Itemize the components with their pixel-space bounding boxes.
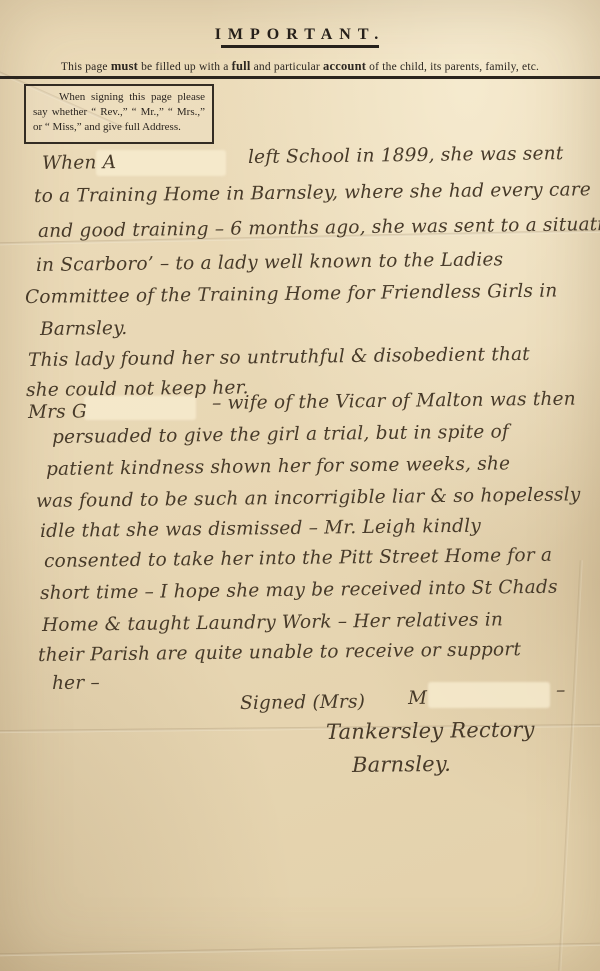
- instruction-part: be filled up with a: [138, 61, 232, 73]
- instruction-part: This page: [61, 61, 111, 73]
- title-underline: [221, 45, 379, 48]
- horizontal-rule: [0, 76, 600, 79]
- signing-note-box: When signing this page please say whethe…: [24, 84, 214, 144]
- manuscript-line: This lady found her so untruthful & diso…: [28, 344, 530, 371]
- crease-right-edge: [558, 560, 583, 971]
- manuscript-line: Barnsley.: [40, 318, 128, 340]
- manuscript-line: to a Training Home in Barnsley, where sh…: [34, 179, 591, 207]
- instruction-bold-must: must: [111, 59, 138, 73]
- manuscript-line: When A: [42, 152, 116, 174]
- instruction-line: This page must be filled up with a full …: [0, 59, 600, 74]
- signature-initial: M: [408, 688, 427, 709]
- signature-address-line: Tankersley Rectory: [326, 717, 535, 744]
- signed-label: Signed (Mrs): [240, 691, 365, 714]
- fold-crease-bottom: [0, 943, 600, 956]
- manuscript-line: persuaded to give the girl a trial, but …: [52, 421, 509, 448]
- manuscript-line: short time – I hope she may be received …: [40, 577, 558, 604]
- document-page: IMPORTANT. This page must be filled up w…: [0, 0, 600, 971]
- manuscript-line: Home & taught Laundry Work – Her relativ…: [42, 609, 503, 636]
- manuscript-line: left School in 1899, she was sent: [248, 143, 564, 168]
- masthead: IMPORTANT.: [0, 26, 600, 48]
- manuscript-line: patient kindness shown her for some week…: [46, 453, 510, 480]
- instruction-part: of the child, its parents, family, etc.: [366, 61, 539, 73]
- manuscript-line: in Scarboro’ – to a lady well known to t…: [36, 249, 504, 276]
- redaction-patch-signature-name: [428, 682, 550, 708]
- instruction-part: and particular: [251, 61, 324, 73]
- manuscript-line: Committee of the Training Home for Frien…: [25, 280, 558, 308]
- signature-flourish: –: [556, 680, 566, 701]
- manuscript-line: and good training – 6 months ago, she wa…: [38, 214, 600, 242]
- manuscript-line: – wife of the Vicar of Malton was then: [212, 389, 576, 414]
- manuscript-line: idle that she was dismissed – Mr. Leigh …: [40, 516, 481, 542]
- manuscript-line: Mrs G: [28, 401, 87, 423]
- important-title: IMPORTANT.: [215, 26, 386, 44]
- instruction-bold-account: account: [323, 59, 366, 73]
- manuscript-line: their Parish are quite unable to receive…: [38, 639, 521, 666]
- manuscript-line: her –: [52, 672, 100, 694]
- signature-address-line: Barnsley.: [352, 752, 451, 777]
- manuscript-line: consented to take her into the Pitt Stre…: [44, 545, 552, 572]
- instruction-bold-full: full: [232, 59, 251, 73]
- manuscript-line: was found to be such an incorrigible lia…: [36, 484, 581, 512]
